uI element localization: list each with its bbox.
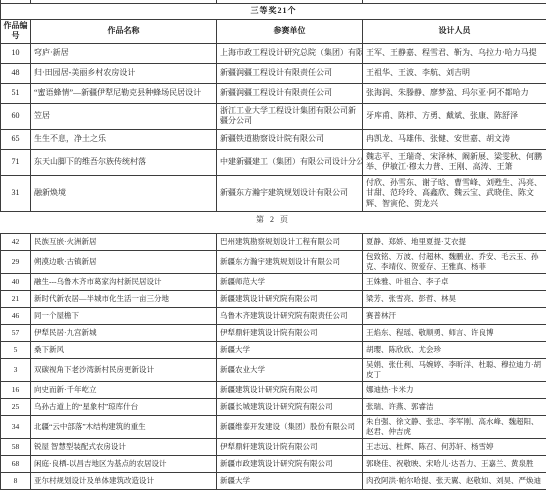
work-number-cell: 48 (1, 63, 31, 83)
work-name-cell: 亚尔村规划设计及单体建筑改造设计 (31, 473, 217, 490)
organization-cell: 乌鲁木齐建筑设计研究院有限责任公司 (217, 308, 363, 325)
work-name-cell: 东天山脚下的维吾尔族传统村落 (31, 149, 217, 175)
work-name-cell: 融生---乌鲁木齐市葛家沟村新民居设计 (31, 274, 217, 291)
work-name-cell: 伊犁民居·九宫新城 (31, 325, 217, 342)
work-name-cell: 归·田园居-美丽乡村农房设计 (31, 63, 217, 83)
table-row: 58 锐屋 智慧型装配式农房设计 伊犁鼎轩建筑设计院有限公司 王志远、杜辉、陈召… (1, 439, 546, 456)
organization-cell: 新疆大学 (217, 473, 363, 490)
organization-cell: 伊犁鼎轩建筑设计院有限公司 (217, 325, 363, 342)
table-row: 42 民族互嵌·火洲新居 巴州建筑勘察规划设计工程有限公司 夏静、郑娇、地里夏提… (1, 234, 546, 251)
work-name-cell: 桑下新风 (31, 342, 217, 359)
organization-cell: 新疆建筑设计研究院有限公司 (217, 291, 363, 308)
organization-cell: 新疆润疆工程设计有限责任公司 (217, 83, 363, 103)
document-page: 三等奖21个 作品编号 作品名称 参赛单位 设计人员 10 穹庐·新居 上海市政… (0, 0, 546, 490)
table-row: 34 北疆“云中部落”木结构建筑的重生 新疆维泰开发建设（集团）股份有限公司 朱… (1, 416, 546, 439)
designers-cell: 王祖华、王波、李航、刘吉明 (363, 63, 546, 83)
designers-cell: 梁芳、张雪亮、彭哲、林昊 (363, 291, 546, 308)
work-name-cell: 双碳视角下老沙湾新村民房更新设计 (31, 359, 217, 382)
designers-cell: 朱自强、徐文静、张忠、李军刚、高水峰、魏超阳、赵君、仲吉虎 (363, 416, 546, 439)
designers-cell: 冉凯龙、马雄伟、张健、安世嘉、胡文涛 (363, 129, 546, 149)
designers-cell: 包致铭、万波、付超林、魏鹏业、乔安、毛云玉、孙克、李靖仪、贺爱存、王雅真、杨菲 (363, 251, 546, 274)
work-name-cell: 锐屋 智慧型装配式农房设计 (31, 439, 217, 456)
organization-cell: 巴州建筑勘察规划设计工程有限公司 (217, 234, 363, 251)
table-row: 16 向史而新·千年屹立 新疆建筑设计研究院有限公司 娜迪热·卡米力 (1, 382, 546, 399)
work-number-cell: 16 (1, 382, 31, 399)
designers-cell: 郭晓佳、祝敬映、宋哈儿·达吾力、王嘉兰、黄泉胜 (363, 456, 546, 473)
organization-cell: 新疆铁道勘察设计院有限公司 (217, 129, 363, 149)
work-name-cell: “蜜语蜂情”—新疆伊犁尼勒克县种蜂场民居设计 (31, 83, 217, 103)
column-header-work-number: 作品编号 (1, 19, 31, 43)
table-row: 5 桑下新风 新疆大学 胡璎、陈欣欣、尤会珍 (1, 342, 546, 359)
column-header-work-name: 作品名称 (31, 19, 217, 43)
work-number-cell: 21 (1, 291, 31, 308)
work-name-cell: 民族互嵌·火洲新居 (31, 234, 217, 251)
organization-cell: 上海市政工程设计研究总院（集团）有限公司 (217, 43, 363, 63)
table-row: 51 “蜜语蜂情”—新疆伊犁尼勒克县种蜂场民居设计 新疆润疆工程设计有限责任公司… (1, 83, 546, 103)
work-number-cell: 60 (1, 103, 31, 129)
table-row: 65 生生不息，净土之乐 新疆铁道勘察设计院有限公司 冉凯龙、马雄伟、张健、安世… (1, 129, 546, 149)
work-number-cell: 5 (1, 342, 31, 359)
section-title-row: 三等奖21个 (1, 4, 546, 20)
designers-cell: 王军、王静嘉、程雪君、靳为、乌拉力·哈力马提 (363, 43, 546, 63)
work-name-cell: 闲庭·良栖-以昌吉地区为基点的农居设计 (31, 456, 217, 473)
prize-tier-title: 三等奖21个 (1, 4, 546, 20)
work-name-cell: 新时代新农居—半城市化生活一亩三分地 (31, 291, 217, 308)
table-row: 48 归·田园居-美丽乡村农房设计 新疆润疆工程设计有限责任公司 王祖华、王波、… (1, 63, 546, 83)
column-header-designers: 设计人员 (363, 19, 546, 43)
work-number-cell: 42 (1, 234, 31, 251)
table-row: 10 穹庐·新居 上海市政工程设计研究总院（集团）有限公司 王军、王静嘉、程雪君… (1, 43, 546, 63)
organization-cell: 新疆东方瀚宇建筑规划设计有限公司 (217, 175, 363, 212)
organization-cell: 新疆建筑设计研究院有限公司 (217, 382, 363, 399)
work-number-cell: 8 (1, 473, 31, 490)
designers-cell: 王焰东、程瑶、敬顺勇、师言、许良博 (363, 325, 546, 342)
organization-cell: 中建新疆建工（集团）有限公司设计分公司 (217, 149, 363, 175)
work-name-cell: 北疆“云中部落”木结构建筑的重生 (31, 416, 217, 439)
organization-cell: 新疆大学 (217, 342, 363, 359)
work-number-cell: 46 (1, 308, 31, 325)
page-number: 第 2 页 (0, 215, 546, 225)
work-number-cell: 68 (1, 456, 31, 473)
designers-cell: 娜迪热·卡米力 (363, 382, 546, 399)
organization-cell: 新疆农业大学 (217, 359, 363, 382)
designers-cell: 胡璎、陈欣欣、尤会珍 (363, 342, 546, 359)
work-number-cell: 25 (1, 399, 31, 416)
work-name-cell: 向史而新·千年屹立 (31, 382, 217, 399)
work-number-cell: 51 (1, 83, 31, 103)
table-body: 10 穹庐·新居 上海市政工程设计研究总院（集团）有限公司 王军、王静嘉、程雪君… (1, 43, 546, 212)
work-name-cell: 生生不息，净土之乐 (31, 129, 217, 149)
work-number-cell: 71 (1, 149, 31, 175)
table-row: 40 融生---乌鲁木齐市葛家沟村新民居设计 新疆师范大学 王姝雅、叶祖合、李子… (1, 274, 546, 291)
table-row: 3 双碳视角下老沙湾新村民房更新设计 新疆农业大学 吴娟、张仕利、马婉婷、李昕洋… (1, 359, 546, 382)
organization-cell: 新疆东方瀚宇建筑规划设计有限公司 (217, 251, 363, 274)
work-name-cell: 笠居 (31, 103, 217, 129)
designers-cell: 王姝雅、叶祖合、李子卓 (363, 274, 546, 291)
table-row: 68 闲庭·良栖-以昌吉地区为基点的农居设计 新疆市政建筑设计研究院有限公司 郭… (1, 456, 546, 473)
designers-cell: 王志远、杜辉、陈召、何苏轩、杨雪婷 (363, 439, 546, 456)
table-row: 25 乌孙古道上的“星象村”琼库什台 新疆长城建筑设计研究院有限公司 张瑞、许燕… (1, 399, 546, 416)
organization-cell: 伊犁鼎轩建筑设计院有限公司 (217, 439, 363, 456)
designers-cell: 赛普林汗 (363, 308, 546, 325)
organization-cell: 浙江工业大学工程设计集团有限公司新疆分公司 (217, 103, 363, 129)
designers-cell: 付欣、孙雪东、谢子晗、曹雪峰、刘甦生、冯亮、甘甜、范玲玲、高鑫欣、魏云宝、武晓佳… (363, 175, 546, 212)
work-number-cell: 3 (1, 359, 31, 382)
work-number-cell: 40 (1, 274, 31, 291)
designers-cell: 肉孜阿洪·帕尔哈提、张天翼、赵敬如、刘昊、严焕迪 (363, 473, 546, 490)
table-body: 42 民族互嵌·火洲新居 巴州建筑勘察规划设计工程有限公司 夏静、郑娇、地里夏提… (1, 234, 546, 490)
work-number-cell: 34 (1, 416, 31, 439)
designers-cell: 张海润、朱滕静、廖梦盈、玛尔亚·阿不都哈力 (363, 83, 546, 103)
organization-cell: 新疆长城建筑设计研究院有限公司 (217, 399, 363, 416)
organization-cell: 新疆润疆工程设计有限责任公司 (217, 63, 363, 83)
organization-cell: 新疆维泰开发建设（集团）股份有限公司 (217, 416, 363, 439)
table-row: 31 融新焕境 新疆东方瀚宇建筑规划设计有限公司 付欣、孙雪东、谢子晗、曹雪峰、… (1, 175, 546, 212)
work-number-cell: 57 (1, 325, 31, 342)
table-row: 57 伊犁民居·九宫新城 伊犁鼎轩建筑设计院有限公司 王焰东、程瑶、敬顺勇、师言… (1, 325, 546, 342)
work-number-cell: 58 (1, 439, 31, 456)
designers-cell: 张瑞、许燕、郭睿洁 (363, 399, 546, 416)
work-number-cell: 31 (1, 175, 31, 212)
designers-cell: 夏静、郑娇、地里夏提·艾衣提 (363, 234, 546, 251)
work-name-cell: 穹庐·新居 (31, 43, 217, 63)
designers-cell: 吴娟、张仕利、马婉婷、李昕洋、杜聪、穆拉迪力·胡皮丁 (363, 359, 546, 382)
table-row: 46 同一个屋檐下 乌鲁木齐建筑设计研究院有限责任公司 赛普林汗 (1, 308, 546, 325)
table-row: 71 东天山脚下的维吾尔族传统村落 中建新疆建工（集团）有限公司设计分公司 魏志… (1, 149, 546, 175)
work-name-cell: 乌孙古道上的“星象村”琼库什台 (31, 399, 217, 416)
work-name-cell: 朔漠边歌·古镇新居 (31, 251, 217, 274)
organization-cell: 新疆师范大学 (217, 274, 363, 291)
column-header-row: 作品编号 作品名称 参赛单位 设计人员 (1, 19, 546, 43)
designers-cell: 魏志平、王瑞奇、宋泽林、阚新展、梁雯秋、何鹏举、伊敏江·穆太力普、王刚、高涛、王… (363, 149, 546, 175)
third-prize-table-page3: 42 民族互嵌·火洲新居 巴州建筑勘察规划设计工程有限公司 夏静、郑娇、地里夏提… (0, 233, 546, 490)
work-name-cell: 融新焕境 (31, 175, 217, 212)
organization-cell: 新疆市政建筑设计研究院有限公司 (217, 456, 363, 473)
work-number-cell: 29 (1, 251, 31, 274)
third-prize-table-page2: 三等奖21个 作品编号 作品名称 参赛单位 设计人员 10 穹庐·新居 上海市政… (0, 0, 546, 212)
column-header-organization: 参赛单位 (217, 19, 363, 43)
work-name-cell: 同一个屋檐下 (31, 308, 217, 325)
table-row: 21 新时代新农居—半城市化生活一亩三分地 新疆建筑设计研究院有限公司 梁芳、张… (1, 291, 546, 308)
designers-cell: 牙库甫、陈栉、方勇、戴斌、张康、陈舒泽 (363, 103, 546, 129)
work-number-cell: 10 (1, 43, 31, 63)
table-row: 60 笠居 浙江工业大学工程设计集团有限公司新疆分公司 牙库甫、陈栉、方勇、戴斌… (1, 103, 546, 129)
table-row: 29 朔漠边歌·古镇新居 新疆东方瀚宇建筑规划设计有限公司 包致铭、万波、付超林… (1, 251, 546, 274)
table-row: 8 亚尔村规划设计及单体建筑改造设计 新疆大学 肉孜阿洪·帕尔哈提、张天翼、赵敬… (1, 473, 546, 490)
work-number-cell: 65 (1, 129, 31, 149)
